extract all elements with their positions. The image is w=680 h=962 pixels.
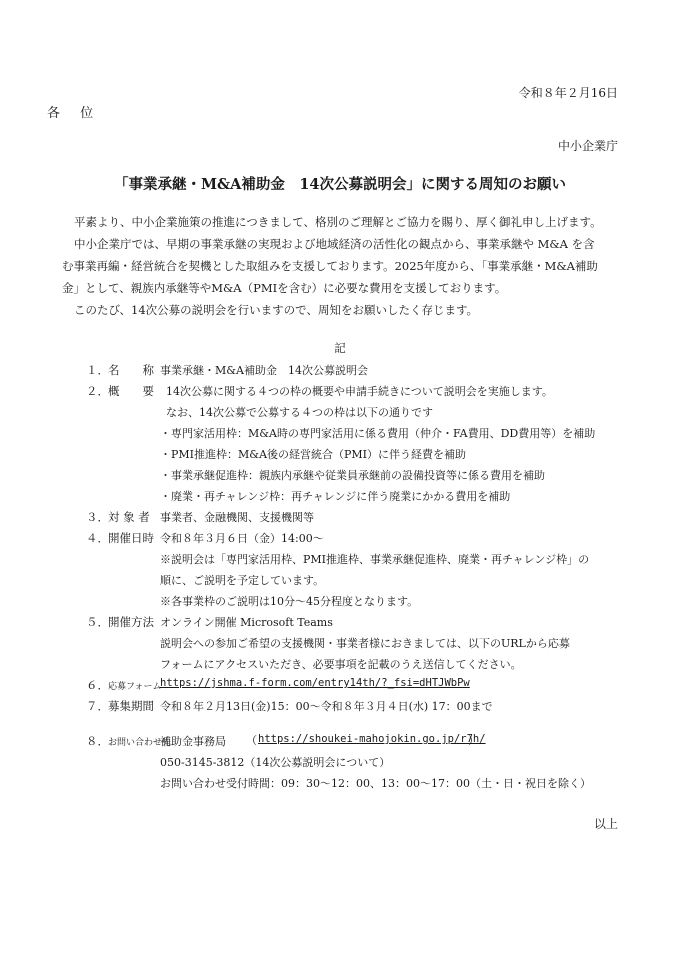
item-number: １． xyxy=(86,362,108,378)
item-number: ５． xyxy=(86,614,108,630)
sender-organization: 中小企業庁 xyxy=(558,137,618,154)
item-value-target: 事業者、金融機関、支援機関等 xyxy=(160,509,314,525)
body-line: このたび、14次公募の説明会を行いますので、周知をお願いしたく存じます。 xyxy=(74,302,478,318)
open-paren: （ xyxy=(246,732,257,748)
item-label-application-form: 応募フォーム xyxy=(108,679,162,692)
item-label-overview: 概 要 xyxy=(108,383,154,399)
closing-mark: 以上 xyxy=(594,815,618,832)
item-number: ７． xyxy=(86,698,108,714)
method-line: オンライン開催 Microsoft Teams xyxy=(160,614,333,630)
datetime-note: 順に、ご説明を予定しています。 xyxy=(160,572,324,588)
item-label-name: 名 称 xyxy=(108,362,154,378)
application-form-link[interactable]: https://jshma.f-form.com/entry14th/?_fsi… xyxy=(160,677,470,689)
item-label-target: 対 象 者 xyxy=(108,509,150,525)
item-number: ４． xyxy=(86,530,108,546)
addressee: 各 位 xyxy=(47,102,101,121)
datetime-line: 令和８年３月６日（金）14:00～ xyxy=(160,530,324,546)
close-paren: ） xyxy=(468,732,479,748)
body-line: 中小企業庁では、早期の事業承継の実現および地域経済の活性化の観点から、事業承継や… xyxy=(74,236,595,252)
item-label-method: 開催方法 xyxy=(108,614,154,630)
item-label-datetime: 開催日時 xyxy=(108,530,154,546)
document-title: 「事業承継・M&A補助金 14次公募説明会」に関する周知のお願い xyxy=(0,173,680,194)
body-line: 金」として、親族内承継等やM&A（PMIを含む）に必要な費用を支援しております。 xyxy=(62,280,506,296)
overview-bullet: ・専門家活用枠：M&A時の専門家活用に係る費用（仲介・FA費用、DD費用等）を補… xyxy=(160,425,595,441)
item-number: ３． xyxy=(86,509,108,525)
contact-hours: お問い合わせ受付時間：09：30～12：00、13：00～17：00（土・日・祝… xyxy=(160,775,591,791)
body-line: む事業再編・経営統合を契機とした取組みを支援しております。2025年度から、「事… xyxy=(62,258,598,274)
item-number: ６． xyxy=(86,677,108,693)
contact-phone: 050-3145-3812（14次公募説明会について） xyxy=(160,754,390,770)
overview-bullet: ・廃業・再チャレンジ枠：再チャレンジに伴う廃業にかかる費用を補助 xyxy=(160,488,510,504)
method-line: 説明会への参加ご希望の支援機関・事業者様におきましては、以下のURLから応募 xyxy=(160,635,570,651)
overview-line: なお、14次公募で公募する４つの枠は以下の通りです xyxy=(166,404,433,420)
item-number: ２． xyxy=(86,383,108,399)
contact-office: 補助金事務局 xyxy=(160,733,226,749)
item-number: ８． xyxy=(86,733,108,749)
method-line: フォームにアクセスいただき、必要事項を記載のうえ送信してください。 xyxy=(160,656,522,672)
application-period: 令和８年２月13日(金)15：00～令和８年３月４日(水) 17：00まで xyxy=(160,698,493,714)
item-value-name: 事業承継・M&A補助金 14次公募説明会 xyxy=(160,362,368,378)
datetime-note: ※各事業枠のご説明は10分～45分程度となります。 xyxy=(160,593,418,609)
overview-bullet: ・PMI推進枠：M&A後の経営統合（PMI）に伴う経費を補助 xyxy=(160,446,466,462)
overview-line: 14次公募に関する４つの枠の概要や申請手続きについて説明会を実施します。 xyxy=(166,383,553,399)
datetime-note: ※説明会は「専門家活用枠、PMI推進枠、事業承継促進枠、廃業・再チャレンジ枠」の xyxy=(160,551,589,567)
document-date: 令和８年２月16日 xyxy=(519,84,618,101)
overview-bullet: ・事業承継促進枠：親族内承継や従業員承継前の設備投資等に係る費用を補助 xyxy=(160,467,545,483)
ki-heading: 記 xyxy=(0,340,680,356)
body-line: 平素より、中小企業施策の推進につきまして、格別のご理解とご協力を賜り、厚く御礼申… xyxy=(74,214,602,230)
contact-website-link[interactable]: https://shoukei-mahojokin.go.jp/r7h/ xyxy=(258,733,486,745)
item-label-period: 募集期間 xyxy=(108,698,154,714)
